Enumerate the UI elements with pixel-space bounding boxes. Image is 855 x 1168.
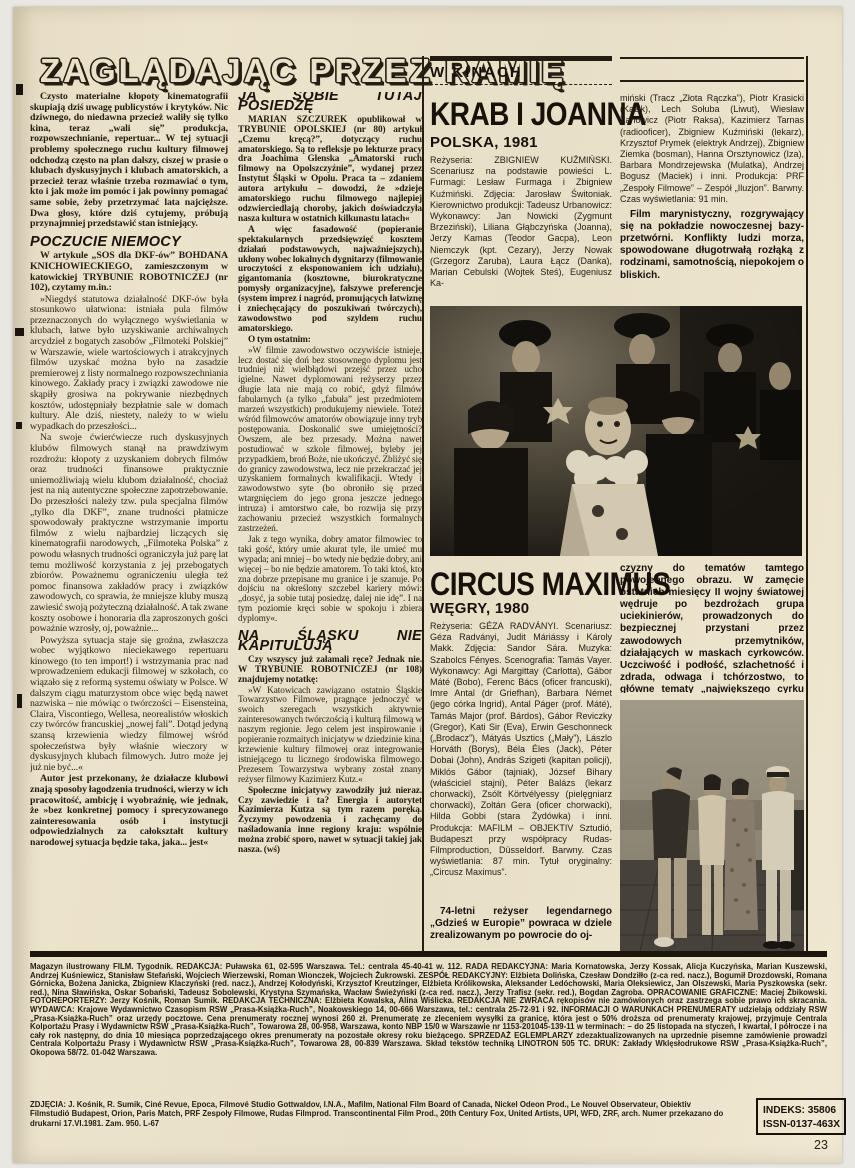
film-credits-column-4: miński (Tracz „Złota Rączka”), Piotr Kra… (620, 93, 804, 305)
film-description: czyzny do tematów tamtego powojennego ob… (620, 563, 804, 693)
film-credits-column-3: Reżyseria: GÉZA RADVÁNYI. Scenariusz: Gé… (430, 621, 612, 902)
paragraph: MARIAN SZCZUREK opublikował w TRYBUNIE O… (238, 116, 422, 225)
film-still-photo-2 (620, 700, 804, 952)
right-edge-rule (806, 56, 808, 952)
paragraph: Jak z tego wynika, dobry amator filmowie… (238, 536, 422, 625)
rule (620, 57, 804, 59)
magazine-page: { "page": { "title": "ZAGLĄDAJĄC PRZEZ R… (0, 0, 855, 1168)
film-still-photo-1-image (430, 306, 802, 556)
paragraph: Czysto materialne kłopoty kinematografii… (30, 92, 228, 230)
paragraph: W artykule „SOS dla DKF-ów” BOHDANA KNIC… (30, 251, 228, 293)
article-column-2: JA SOBIE TUTAJ POSIEDZĘ MARIAN SZCZUREK … (238, 92, 422, 950)
paragraph: Na swoje ćwierćwiecze ruch dyskusyjnych … (30, 433, 228, 634)
page-number: 23 (814, 1138, 828, 1152)
indeks-number: INDEKS: 35806 (763, 1104, 840, 1118)
margin-mark (17, 694, 22, 708)
film-description-part1: 74-letni reżyser legendarnego „Gdzieś w … (430, 906, 612, 950)
credits-text: miński (Tracz „Złota Rączka”), Piotr Kra… (620, 93, 804, 205)
section-underline (430, 84, 612, 85)
film-title-krab-i-joanna: KRAB I JOANNA (430, 96, 646, 133)
paragraph: A więc fasadowość (popieranie spektakula… (238, 226, 422, 335)
paragraph: Powyższa sytuacja staje się groźna, zwła… (30, 636, 228, 774)
subhead-poczucie-niemocy: POCZUCIE NIEMOCY (30, 237, 228, 248)
film-still-photo-1 (430, 306, 802, 556)
margin-mark (16, 422, 22, 429)
paragraph: Czy wszyscy już załamali ręce? Jednak ni… (238, 656, 422, 686)
paragraph: Autor jest przekonany, że działacze klub… (30, 774, 228, 848)
film-description-part2: czyzny do tematów tamtego powojennego ob… (620, 563, 804, 693)
film-still-photo-2-image (620, 700, 804, 952)
film-description: Film marynistyczny, rozgrywający się na … (620, 209, 804, 282)
credits-text: Reżyseria: GÉZA RADVÁNYI. Scenariusz: Gé… (430, 621, 612, 879)
paragraph: »Niegdyś statutowa działalność DKF-ów by… (30, 295, 228, 433)
masthead-divider-bar (30, 951, 827, 957)
subhead-na-slasku-nie-kapituluja: NA ŚLĄSKU NIE KAPITULUJĄ (238, 632, 422, 652)
issn-number: ISSN-0137-463X (763, 1118, 840, 1132)
column-divider (422, 56, 424, 952)
article-column-1: Czysto materialne kłopoty kinematografii… (30, 92, 228, 950)
credits-text: Reżyseria: ZBIGNIEW KUŹMIŃSKI. Scenarius… (430, 155, 612, 289)
subhead-ja-sobie-tutaj-posiedze: JA SOBIE TUTAJ POSIEDZĘ (238, 92, 422, 112)
section-bar (430, 56, 612, 61)
film-credits-column-3: Reżyseria: ZBIGNIEW KUŹMIŃSKI. Scenarius… (430, 155, 612, 305)
paragraph: O tym ostatnim: (238, 336, 422, 346)
margin-mark (16, 84, 23, 95)
photo-credits: ZDJĘCIA: J. Kośnik, R. Sumik, Ciné Revue… (30, 1100, 730, 1140)
film-country-year: WĘGRY, 1980 (430, 600, 529, 617)
paragraph: »W Katowicach zawiązano ostatnio Śląskie… (238, 687, 422, 786)
rule (620, 80, 804, 82)
film-description: 74-letni reżyser legendarnego „Gdzieś w … (430, 906, 612, 942)
paragraph: »W filmie zawodowstwo oczywiście istniej… (238, 347, 422, 535)
masthead: Magazyn ilustrowany FILM. Tygodnik. REDA… (30, 963, 827, 1093)
section-header-w-kinach: W KINACH (430, 64, 523, 81)
paragraph: Społeczne inicjatywy zawodziły już niera… (238, 787, 422, 856)
margin-mark (15, 328, 24, 336)
indeks-issn-box: INDEKS: 35806 ISSN-0137-463X (756, 1098, 846, 1135)
film-country-year: POLSKA, 1981 (430, 134, 538, 151)
